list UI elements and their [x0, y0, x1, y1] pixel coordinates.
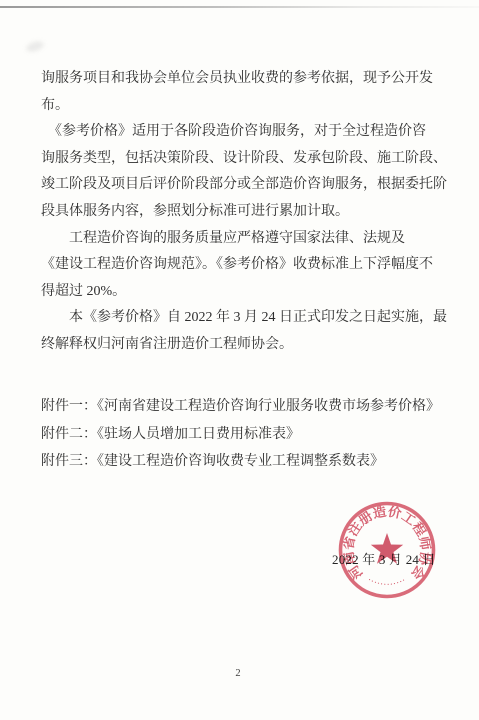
body-line: 得超过 20%。: [41, 279, 473, 306]
issue-date: 2022 年 3 月 24 日: [332, 549, 436, 568]
scan-smudge: [25, 39, 45, 53]
body-line: 本《参考价格》自 2022 年 3 月 24 日正式印发之日起实施，最: [41, 305, 473, 332]
attachment-item: 附件三：《建设工程造价咨询收费专业工程调整系数表》: [41, 448, 473, 476]
body-line: 段具体服务内容，参照划分标准可进行累加计取。: [41, 199, 473, 226]
document-page: 询服务项目和我协会单位会员执业收费的参考依据，现予公开发 布。 《参考价格》适用…: [0, 0, 479, 720]
body-line: 布。: [41, 93, 473, 120]
body-line: 询服务项目和我协会单位会员执业收费的参考依据，现予公开发: [41, 66, 473, 93]
body-line: 《参考价格》适用于各阶段造价咨询服务，对于全过程造价咨: [41, 119, 473, 146]
body-text-block: 询服务项目和我协会单位会员执业收费的参考依据，现予公开发 布。 《参考价格》适用…: [41, 66, 473, 359]
scan-edge-artifact: [0, 6, 479, 8]
body-line: 竣工阶段及项目后评价阶段部分或全部造价咨询服务，根据委托阶: [41, 172, 473, 199]
attachments-list: 附件一：《河南省建设工程造价咨询行业服务收费市场参考价格》 附件二：《驻场人员增…: [41, 393, 473, 476]
body-line: 工程造价咨询的服务质量应严格遵守国家法律、法规及: [41, 226, 473, 253]
attachment-item: 附件一：《河南省建设工程造价咨询行业服务收费市场参考价格》: [41, 393, 473, 421]
page-number: 2: [226, 668, 250, 679]
body-line: 询服务类型，包括决策阶段、设计阶段、发承包阶段、施工阶段、: [41, 146, 473, 173]
body-line: 终解释权归河南省注册造价工程师协会。: [41, 332, 473, 359]
attachment-item: 附件二：《驻场人员增加工日费用标准表》: [41, 421, 473, 449]
body-line: 《建设工程造价咨询规范》。《参考价格》收费标准上下浮幅度不: [41, 252, 473, 279]
